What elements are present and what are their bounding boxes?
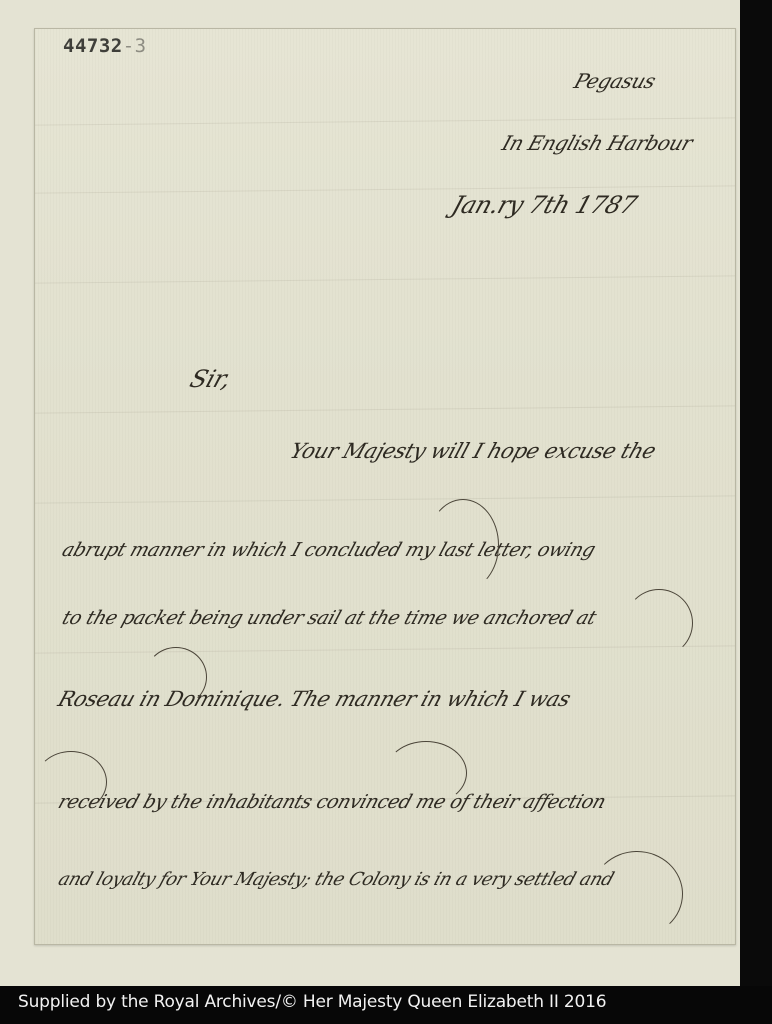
letter-line: to the packet being under sail at the ti… [59,607,598,629]
capital-flourish [591,851,683,937]
catalog-number: 44732 [63,35,123,57]
heading-place: In English Harbour [499,131,696,155]
caption-bar: Supplied by the Royal Archives/© Her Maj… [0,986,772,1024]
bleed-through-line [35,645,735,653]
heading-date: Jan.ry 7th 1787 [448,191,640,219]
letter-line: and loyalty for Your Majesty; the Colony… [56,869,617,890]
capital-flourish [427,499,499,591]
bleed-through-line [35,275,735,283]
bleed-through-line [35,405,735,413]
heading-ship: Pegasus [571,69,659,93]
catalog-stamp: 44732-3 [63,35,147,57]
letter-line: Your Majesty will I hope excuse the [287,439,659,463]
letter-line: Roseau in Dominique. The manner in which… [55,687,573,711]
capital-flourish [145,647,207,707]
capital-flourish [35,751,107,813]
catalog-suffix: -3 [123,35,147,57]
letter-line: abrupt manner in which I concluded my la… [59,539,598,561]
bleed-through-line [35,117,735,125]
capital-flourish [625,589,693,657]
scan-border [740,0,772,986]
letter-line: received by the inhabitants convinced me… [55,791,608,813]
copyright-caption: Supplied by the Royal Archives/© Her Maj… [18,992,606,1012]
bleed-through-line [35,495,735,503]
capital-flourish [385,741,467,805]
letter-page: 44732-3 Pegasus In English Harbour Jan.r… [34,28,736,945]
salutation: Sir, [186,365,234,393]
